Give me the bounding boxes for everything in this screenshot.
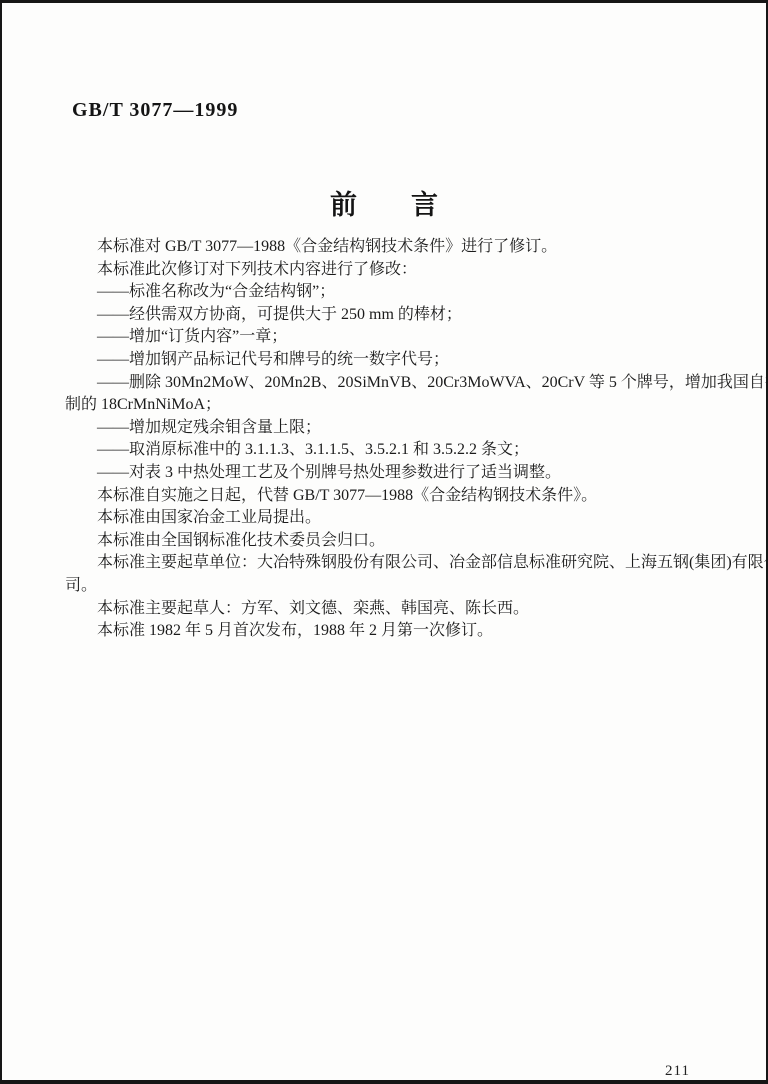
foreword-line: ——增加规定残余钼含量上限； bbox=[65, 417, 710, 440]
foreword-line: 本标准自实施之日起，代替 GB/T 3077—1988《合金结构钢技术条件》。 bbox=[65, 485, 710, 508]
foreword-line: 司。 bbox=[65, 575, 710, 598]
foreword-line: ——对表 3 中热处理工艺及个别牌号热处理参数进行了适当调整。 bbox=[65, 462, 710, 485]
standard-number-header: GB/T 3077—1999 bbox=[72, 99, 238, 122]
foreword-line: ——取消原标准中的 3.1.1.3、3.1.1.5、3.5.2.1 和 3.5.… bbox=[65, 439, 710, 462]
foreword-line: ——标准名称改为“合金结构钢”； bbox=[65, 281, 710, 304]
foreword-title: 前 言 bbox=[2, 183, 766, 222]
foreword-line: ——经供需双方协商，可提供大于 250 mm 的棒材； bbox=[65, 304, 710, 327]
foreword-line: 本标准此次修订对下列技术内容进行了修改： bbox=[65, 259, 710, 282]
foreword-line: 本标准对 GB/T 3077—1988《合金结构钢技术条件》进行了修订。 bbox=[65, 236, 710, 259]
foreword-body: 本标准对 GB/T 3077—1988《合金结构钢技术条件》进行了修订。本标准此… bbox=[65, 236, 710, 643]
scanned-document-page: GB/T 3077—1999 前 言 本标准对 GB/T 3077—1988《合… bbox=[0, 0, 768, 1084]
foreword-line: ——删除 30Mn2MoW、20Mn2B、20SiMnVB、20Cr3MoWVA… bbox=[65, 372, 710, 395]
foreword-line: 制的 18CrMnNiMoA； bbox=[65, 394, 710, 417]
foreword-line: 本标准由全国钢标准化技术委员会归口。 bbox=[65, 530, 710, 553]
page-number: 211 bbox=[665, 1063, 690, 1080]
foreword-line: ——增加“订货内容”一章； bbox=[65, 326, 710, 349]
foreword-line: 本标准由国家冶金工业局提出。 bbox=[65, 507, 710, 530]
foreword-line: 本标准 1982 年 5 月首次发布，1988 年 2 月第一次修订。 bbox=[65, 620, 710, 643]
foreword-line: 本标准主要起草单位：大冶特殊钢股份有限公司、冶金部信息标准研究院、上海五钢(集团… bbox=[65, 552, 710, 575]
foreword-line: ——增加钢产品标记代号和牌号的统一数字代号； bbox=[65, 349, 710, 372]
foreword-line: 本标准主要起草人：方军、刘文德、栾燕、韩国亮、陈长西。 bbox=[65, 598, 710, 621]
